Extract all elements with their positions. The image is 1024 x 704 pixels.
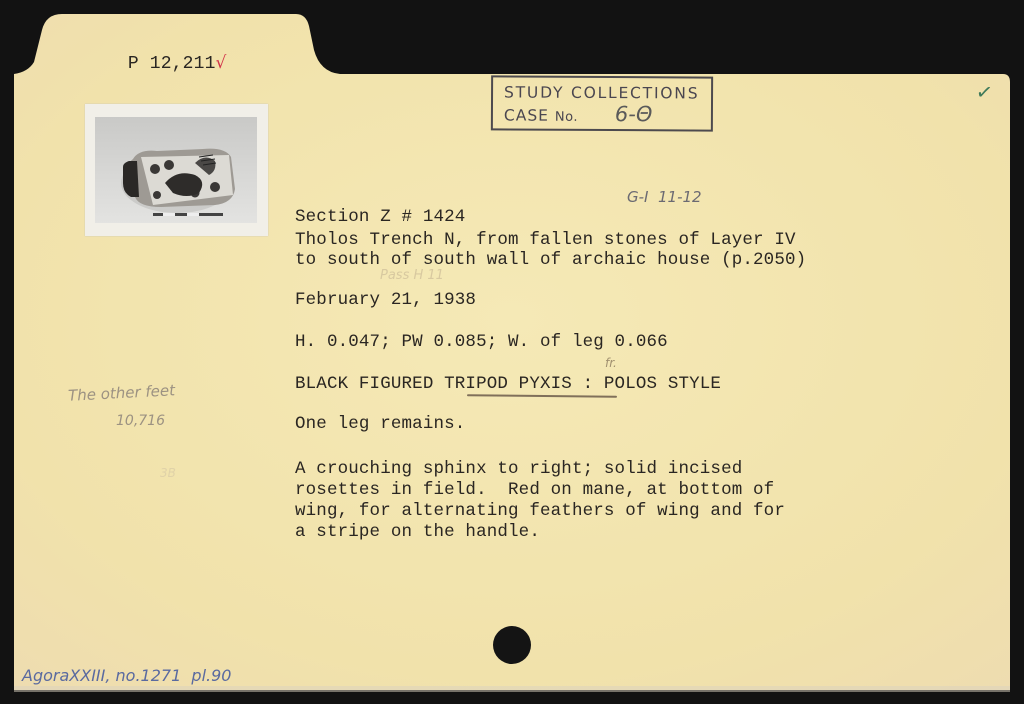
title-ware: BLACK FIGURED	[295, 374, 444, 394]
green-check-mark-icon: ✓	[974, 79, 994, 105]
description-line: rosettes in field. Red on mane, at botto…	[295, 480, 785, 501]
red-check-mark-icon: √	[216, 53, 227, 73]
stamp-case-word: CASE	[504, 106, 555, 124]
title-style: : POLOS STYLE	[572, 374, 721, 394]
description: A crouching sphinx to right; solid incis…	[295, 459, 785, 543]
description-line: A crouching sphinx to right; solid incis…	[295, 459, 785, 480]
excavation-date: February 21, 1938	[295, 290, 476, 311]
description-line: a stripe on the handle.	[295, 522, 785, 543]
fragment-pencil-note: fr.	[605, 356, 617, 370]
publication-reference: AgoraXXIII, no.1271 pl.90	[22, 666, 231, 685]
punch-hole	[493, 626, 531, 664]
title-shape: TRIPOD PYXIS	[444, 374, 572, 394]
stamp-title: STUDY COLLECTIONS	[504, 83, 699, 102]
study-collections-stamp: STUDY COLLECTIONS CASE No. 6-Θ	[491, 75, 713, 131]
section-number: Section Z # 1424	[295, 207, 465, 228]
findspot-line-2: to south of south wall of archaic house …	[295, 250, 806, 271]
condition-note: One leg remains.	[295, 414, 465, 435]
catalog-number-text: P 12,211	[128, 54, 216, 74]
grid-reference-note: G-I 11-12	[627, 188, 702, 206]
stamp-no-word: No.	[555, 110, 578, 125]
dimensions: H. 0.047; PW 0.085; W. of leg 0.066	[295, 332, 668, 353]
faint-pencil-note: Pass H 11	[380, 268, 444, 283]
findspot-line-1: Tholos Trench N, from fallen stones of L…	[295, 230, 796, 251]
description-line: wing, for alternating feathers of wing a…	[295, 501, 785, 522]
artifact-photo-mount	[85, 104, 268, 236]
stamp-case-value: 6-Θ	[615, 102, 653, 126]
other-feet-number: 10,716	[116, 413, 165, 429]
shelf-mark: 3B	[160, 466, 176, 480]
catalog-number: P 12,211√	[106, 32, 227, 75]
artifact-photo	[95, 117, 257, 223]
stamp-case-label: CASE No.	[504, 106, 578, 124]
object-title: BLACK FIGURED TRIPOD PYXIS : POLOS STYLE	[295, 374, 721, 395]
pyxis-fragment-image	[95, 117, 257, 223]
